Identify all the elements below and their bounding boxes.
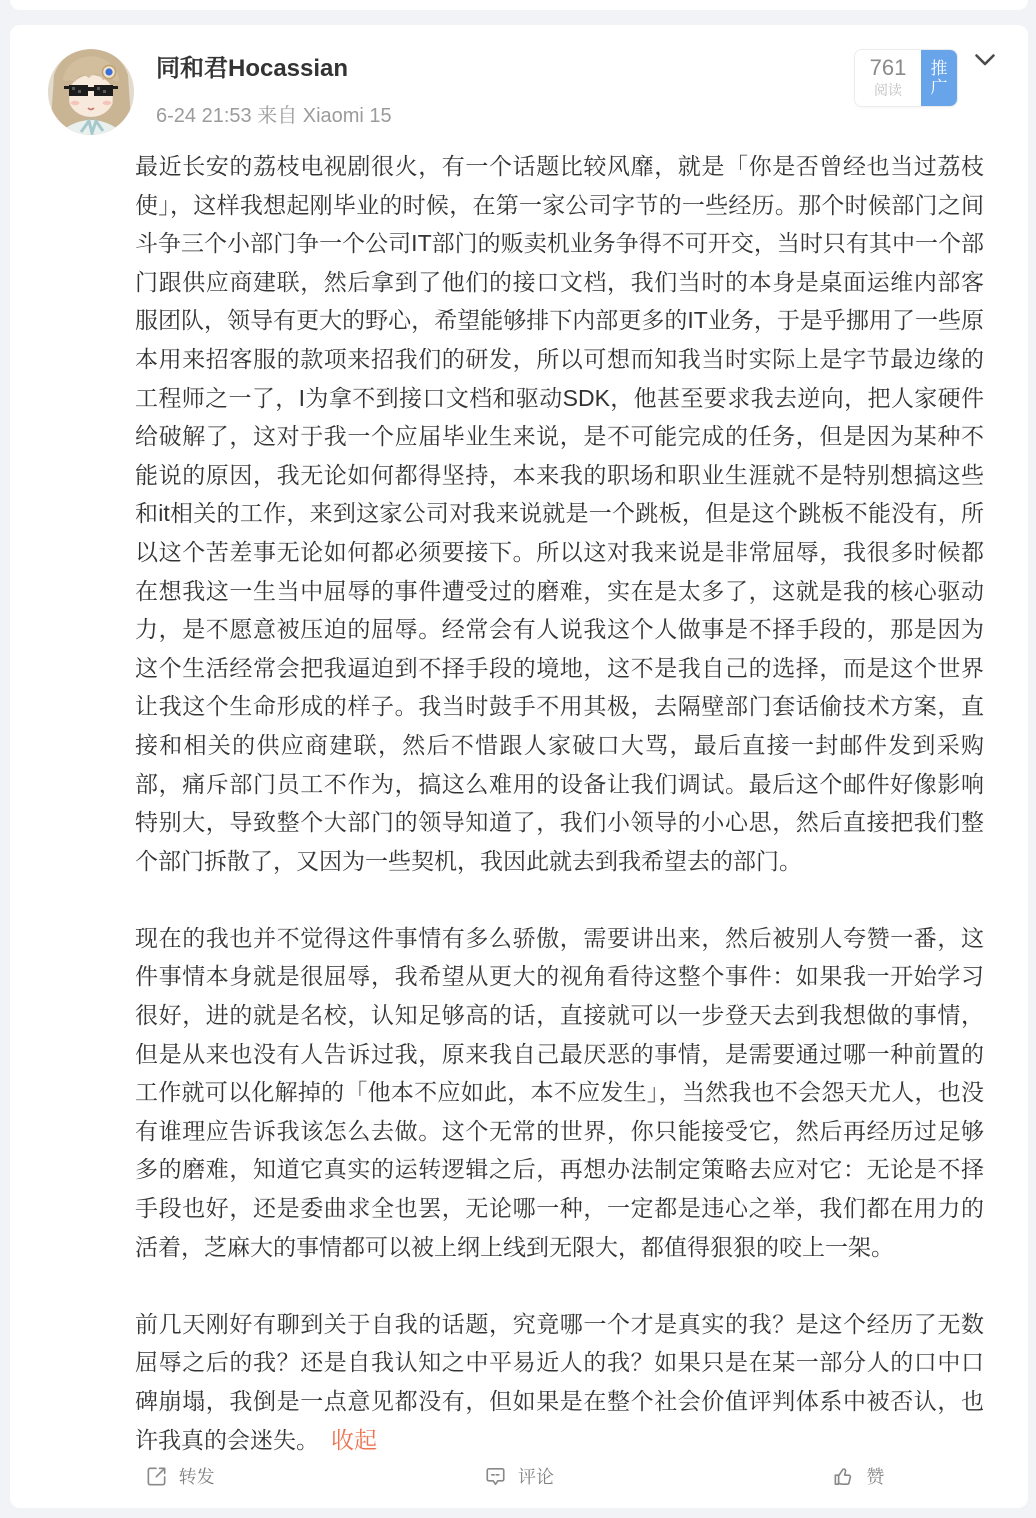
- comment-icon: [484, 1465, 507, 1488]
- post-card: 同和君Hocassian 6-24 21:53 来自 Xiaomi 15 761…: [10, 25, 1028, 1508]
- reads-stat: 761 阅读: [855, 50, 921, 106]
- avatar[interactable]: [48, 49, 134, 135]
- like-button[interactable]: 赞: [689, 1463, 1028, 1489]
- post-paragraph: 前几天刚好有聊到关于自我的话题，究竟哪一个才是真实的我？是这个经历了无数屈辱之后…: [135, 1305, 984, 1459]
- post-header: 同和君Hocassian 6-24 21:53 来自 Xiaomi 15 761…: [10, 25, 1028, 135]
- promote-badge[interactable]: 761 阅读 推广: [854, 49, 958, 107]
- username[interactable]: 同和君Hocassian: [156, 55, 392, 84]
- repost-icon: [145, 1465, 168, 1488]
- avatar-illustration: [48, 49, 134, 135]
- like-icon: [832, 1465, 855, 1488]
- repost-button[interactable]: 转发: [10, 1463, 349, 1489]
- user-info: 同和君Hocassian 6-24 21:53 来自 Xiaomi 15: [156, 49, 392, 128]
- reads-label: 阅读: [874, 80, 902, 100]
- post-paragraph: 最近长安的荔枝电视剧很火，有一个话题比较风靡，就是「你是否曾经也当过荔枝使」，这…: [135, 147, 984, 880]
- promote-button[interactable]: 推广: [921, 50, 957, 106]
- post-paragraph: 现在的我也并不觉得这件事情有多么骄傲，需要讲出来，然后被别人夸赞一番，这件事情本…: [135, 919, 984, 1266]
- action-bar: 转发 评论 赞: [10, 1444, 1028, 1508]
- comment-button[interactable]: 评论: [349, 1463, 688, 1489]
- like-label: 赞: [866, 1463, 884, 1489]
- comment-label: 评论: [518, 1463, 554, 1489]
- post-meta[interactable]: 6-24 21:53 来自 Xiaomi 15: [156, 99, 392, 128]
- promote-label: 推广: [930, 59, 948, 97]
- repost-label: 转发: [179, 1463, 215, 1489]
- previous-card-bottom: [10, 0, 1028, 10]
- chevron-down-icon[interactable]: [974, 53, 996, 72]
- post-content: 最近长安的荔枝电视剧很火，有一个话题比较风靡，就是「你是否曾经也当过荔枝使」，这…: [10, 135, 1028, 1459]
- header-right: 761 阅读 推广: [854, 49, 1002, 107]
- reads-count: 761: [870, 56, 907, 79]
- post-paragraph-text: 前几天刚好有聊到关于自我的话题，究竟哪一个才是真实的我？是这个经历了无数屈辱之后…: [135, 1311, 984, 1453]
